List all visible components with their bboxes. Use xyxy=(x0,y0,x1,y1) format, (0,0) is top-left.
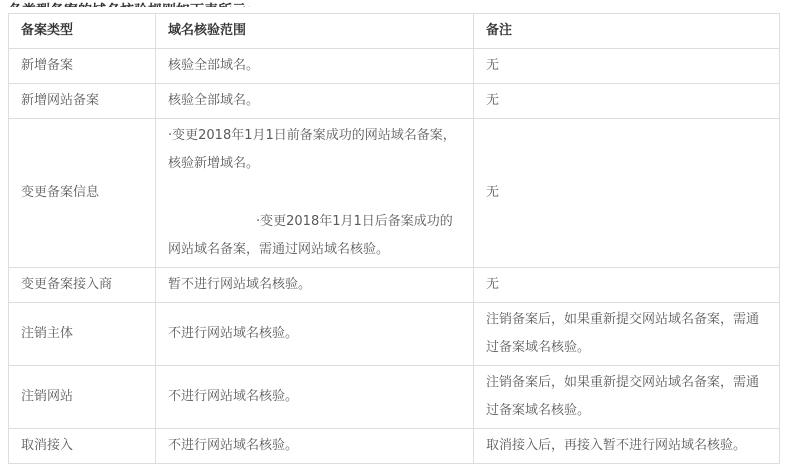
cell-filing-type: 注销网站 xyxy=(9,366,156,429)
domain-verification-table: 备案类型 域名核验范围 备注 新增备案 核验全部域名。 无 新增网站备案 核验全… xyxy=(8,13,780,464)
cell-remark: 无 xyxy=(474,268,780,303)
cell-remark: 注销备案后，如果重新提交网站域名备案，需通过备案域名核验。 xyxy=(474,303,780,366)
table-row: 取消接入 不进行网站域名核验。 取消接入后，再接入暂不进行网站域名核验。 xyxy=(9,429,780,464)
table-body: 新增备案 核验全部域名。 无 新增网站备案 核验全部域名。 无 变更备案信息 ·… xyxy=(9,49,780,464)
cell-verification-scope: 暂不进行网站域名核验。 xyxy=(156,268,474,303)
table-row: 注销网站 不进行网站域名核验。 注销备案后，如果重新提交网站域名备案，需通过备案… xyxy=(9,366,780,429)
table-row: 变更备案接入商 暂不进行网站域名核验。 无 xyxy=(9,268,780,303)
intro-text: 各类型备案的域名核验规则如下表所示： xyxy=(8,1,260,7)
cell-filing-type: 取消接入 xyxy=(9,429,156,464)
cell-filing-type: 注销主体 xyxy=(9,303,156,366)
cell-filing-type: 新增网站备案 xyxy=(9,84,156,119)
table-row: 新增备案 核验全部域名。 无 xyxy=(9,49,780,84)
cell-remark: 无 xyxy=(474,119,780,268)
cell-verification-scope: ·变更2018年1月1日前备案成功的网站域名备案，核验新增域名。·变更2018年… xyxy=(156,119,474,268)
cell-verification-scope: 不进行网站域名核验。 xyxy=(156,429,474,464)
table-row: 变更备案信息 ·变更2018年1月1日前备案成功的网站域名备案，核验新增域名。·… xyxy=(9,119,780,268)
doc-page: 各类型备案的域名核验规则如下表所示： 备案类型 域名核验范围 备注 新增备案 核… xyxy=(0,0,793,464)
cell-remark: 注销备案后，如果重新提交网站域名备案，需通过备案域名核验。 xyxy=(474,366,780,429)
cell-verification-scope: 核验全部域名。 xyxy=(156,49,474,84)
clipped-intro-line: 各类型备案的域名核验规则如下表所示： xyxy=(8,0,793,7)
cell-verification-scope: 不进行网站域名核验。 xyxy=(156,366,474,429)
cell-verification-scope: 核验全部域名。 xyxy=(156,84,474,119)
header-filing-type: 备案类型 xyxy=(9,14,156,49)
header-remark: 备注 xyxy=(474,14,780,49)
cell-verification-scope: 不进行网站域名核验。 xyxy=(156,303,474,366)
table-row: 注销主体 不进行网站域名核验。 注销备案后，如果重新提交网站域名备案，需通过备案… xyxy=(9,303,780,366)
cell-filing-type: 变更备案信息 xyxy=(9,119,156,268)
table-header-row: 备案类型 域名核验范围 备注 xyxy=(9,14,780,49)
cell-filing-type: 新增备案 xyxy=(9,49,156,84)
cell-filing-type: 变更备案接入商 xyxy=(9,268,156,303)
header-verification-scope: 域名核验范围 xyxy=(156,14,474,49)
cell-remark: 无 xyxy=(474,84,780,119)
cell-remark: 无 xyxy=(474,49,780,84)
table-row: 新增网站备案 核验全部域名。 无 xyxy=(9,84,780,119)
cell-remark: 取消接入后，再接入暂不进行网站域名核验。 xyxy=(474,429,780,464)
